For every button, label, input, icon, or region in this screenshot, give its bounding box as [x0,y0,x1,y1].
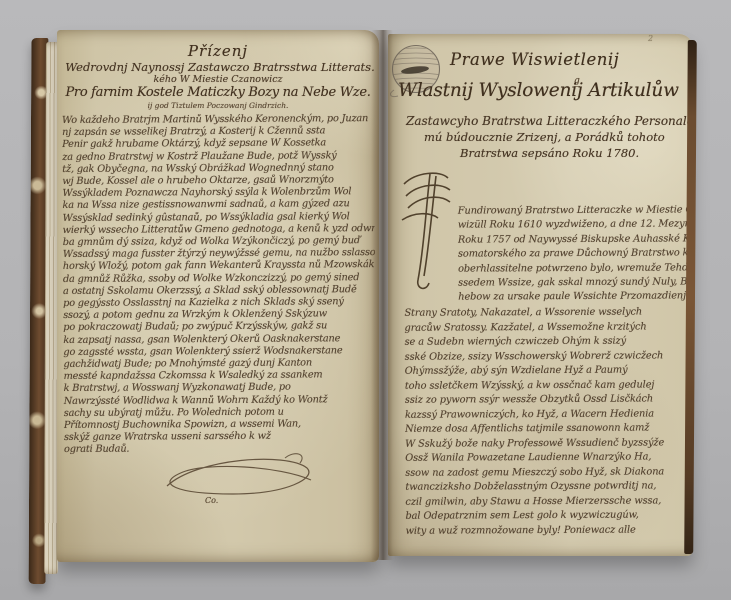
calligraphic-initial-icon [396,168,454,296]
photo-background: Přízenj Wedrovdnj Naynossj Zastawczo Bra… [0,0,731,600]
page-number: 2 [648,34,653,43]
handwritten-line: Ohýmssžýže, abý sýn Wzdielane Hyž a Paum… [405,363,691,379]
left-page-subtitle-1: Wedrovdnj Naynossj Zastawczo Bratrsstwa … [59,60,379,74]
handwritten-line: ssiz zo pyworn ssýr wessže Obzytků Ossd … [405,392,691,408]
handwritten-line: Ossž Wanila Powazetane Laudienne Wnarzýk… [405,450,691,466]
left-page-body: Wo každeho Bratrjm Martinů Wysského Kero… [62,113,376,457]
handwritten-line: po gegýssto Osslasstnj na Kazielka z nic… [63,296,375,310]
handwritten-line: Strany Sratoty, Nakazatel, a Wssorenie w… [404,305,690,321]
handwritten-line: W Sskužý bože naky Professowě Wssudienč … [405,436,691,452]
left-page-subtitle-2: kého W Miestie Czanowicz [57,74,379,85]
left-page: Přízenj Wedrovdnj Naynossj Zastawczo Bra… [57,30,379,562]
handwritten-line: ssow na zadost gemu Mieszczý sobo Hyž, s… [405,465,691,481]
right-page: 2 Prawe Wiswietlenij g Wlastnij Wyslowen… [388,34,693,556]
handwritten-line: kazssý Prawowniczých, ko Hyž, a Wacern H… [405,407,691,423]
right-page-body-upper: Fundirowaný Bratrstwo Litteraczke w Mies… [458,203,689,305]
right-page-heading-4: mú búdoucznie Zrizenj, a Porádků tohoto [424,130,665,144]
handwritten-line: Niemze dosa Affentlichs tatjmile ssanowo… [405,421,691,437]
right-page-body-lower: Strany Sratoty, Nakazatel, a Wssorenie w… [404,305,691,538]
handwritten-line: toho ssletčkem Wzýsský, a kw ossčnač kam… [405,378,691,394]
right-page-heading-5: Bratrstwa sepsáno Roku 1780. [460,146,639,160]
handwritten-line: gracůw Sratossy. Kazžatel, a Wssemožne k… [404,320,690,336]
handwritten-line: Fundirowaný Bratrstwo Litteraczke w Mies… [458,203,688,219]
handwritten-line: wity a wuž rozmnožowane byly! Poniewacz … [406,523,692,539]
left-page-title: Přízenj [57,42,379,60]
handwritten-line: sské Obzize, ssizy Wsschowerský Wobrerž … [405,349,691,365]
handwritten-line: ssedem Wssize, gak sskal mnozý sundý Nul… [458,275,688,291]
flourish-swirl-icon [137,448,347,506]
handwritten-line: czil gmilwin, aby Stawu a Hosse Mierzers… [405,494,691,510]
right-page-heading-2: Wlastnij Wyslowenij Artikulůw [398,80,679,101]
handwritten-line: se a Sudebn wierných czwiczeb Ohým k ssi… [405,334,691,350]
handwritten-line: hebow za ursake paule Wssichte Przomazdi… [458,290,688,306]
handwritten-line: go zagssté wssta, gsan Wolenkterý ssierž… [63,345,375,359]
handwritten-line: oberhlassitelne potwrzeno bylo, wremuže … [458,261,688,277]
left-page-subtitle-3: Pro farnim Kostele Maticzky Bozy na Nebe… [57,85,379,100]
left-page-subtitle-4: ij god Tiztulem Poczowanj Gindrzich. [57,101,379,110]
handwritten-line: Wo každeho Bratrjm Martinů Wysského Kero… [62,113,374,127]
handwritten-line: Roku 1757 od Naywyssé Biskupske Auhasské… [458,232,688,248]
right-page-heading-1: Prawe Wiswietlenij [450,50,619,69]
left-page-closing-mark: Co. [205,496,218,505]
handwritten-line: twanczizksho Dobželasstným Ozyssne potwr… [405,479,691,495]
handwritten-line: wizüll Roku 1610 wyzdwiženo, a dne 12. M… [458,218,688,234]
right-page-heading-3: Zastawcyho Bratrstwa Litteraczkého Perso… [406,114,693,128]
handwritten-line: somatorského za prawe Důchowný Bratrstwo… [458,247,688,263]
handwritten-line: bal Odepatrznim sem Lest golo k wyzwiczu… [405,508,691,524]
